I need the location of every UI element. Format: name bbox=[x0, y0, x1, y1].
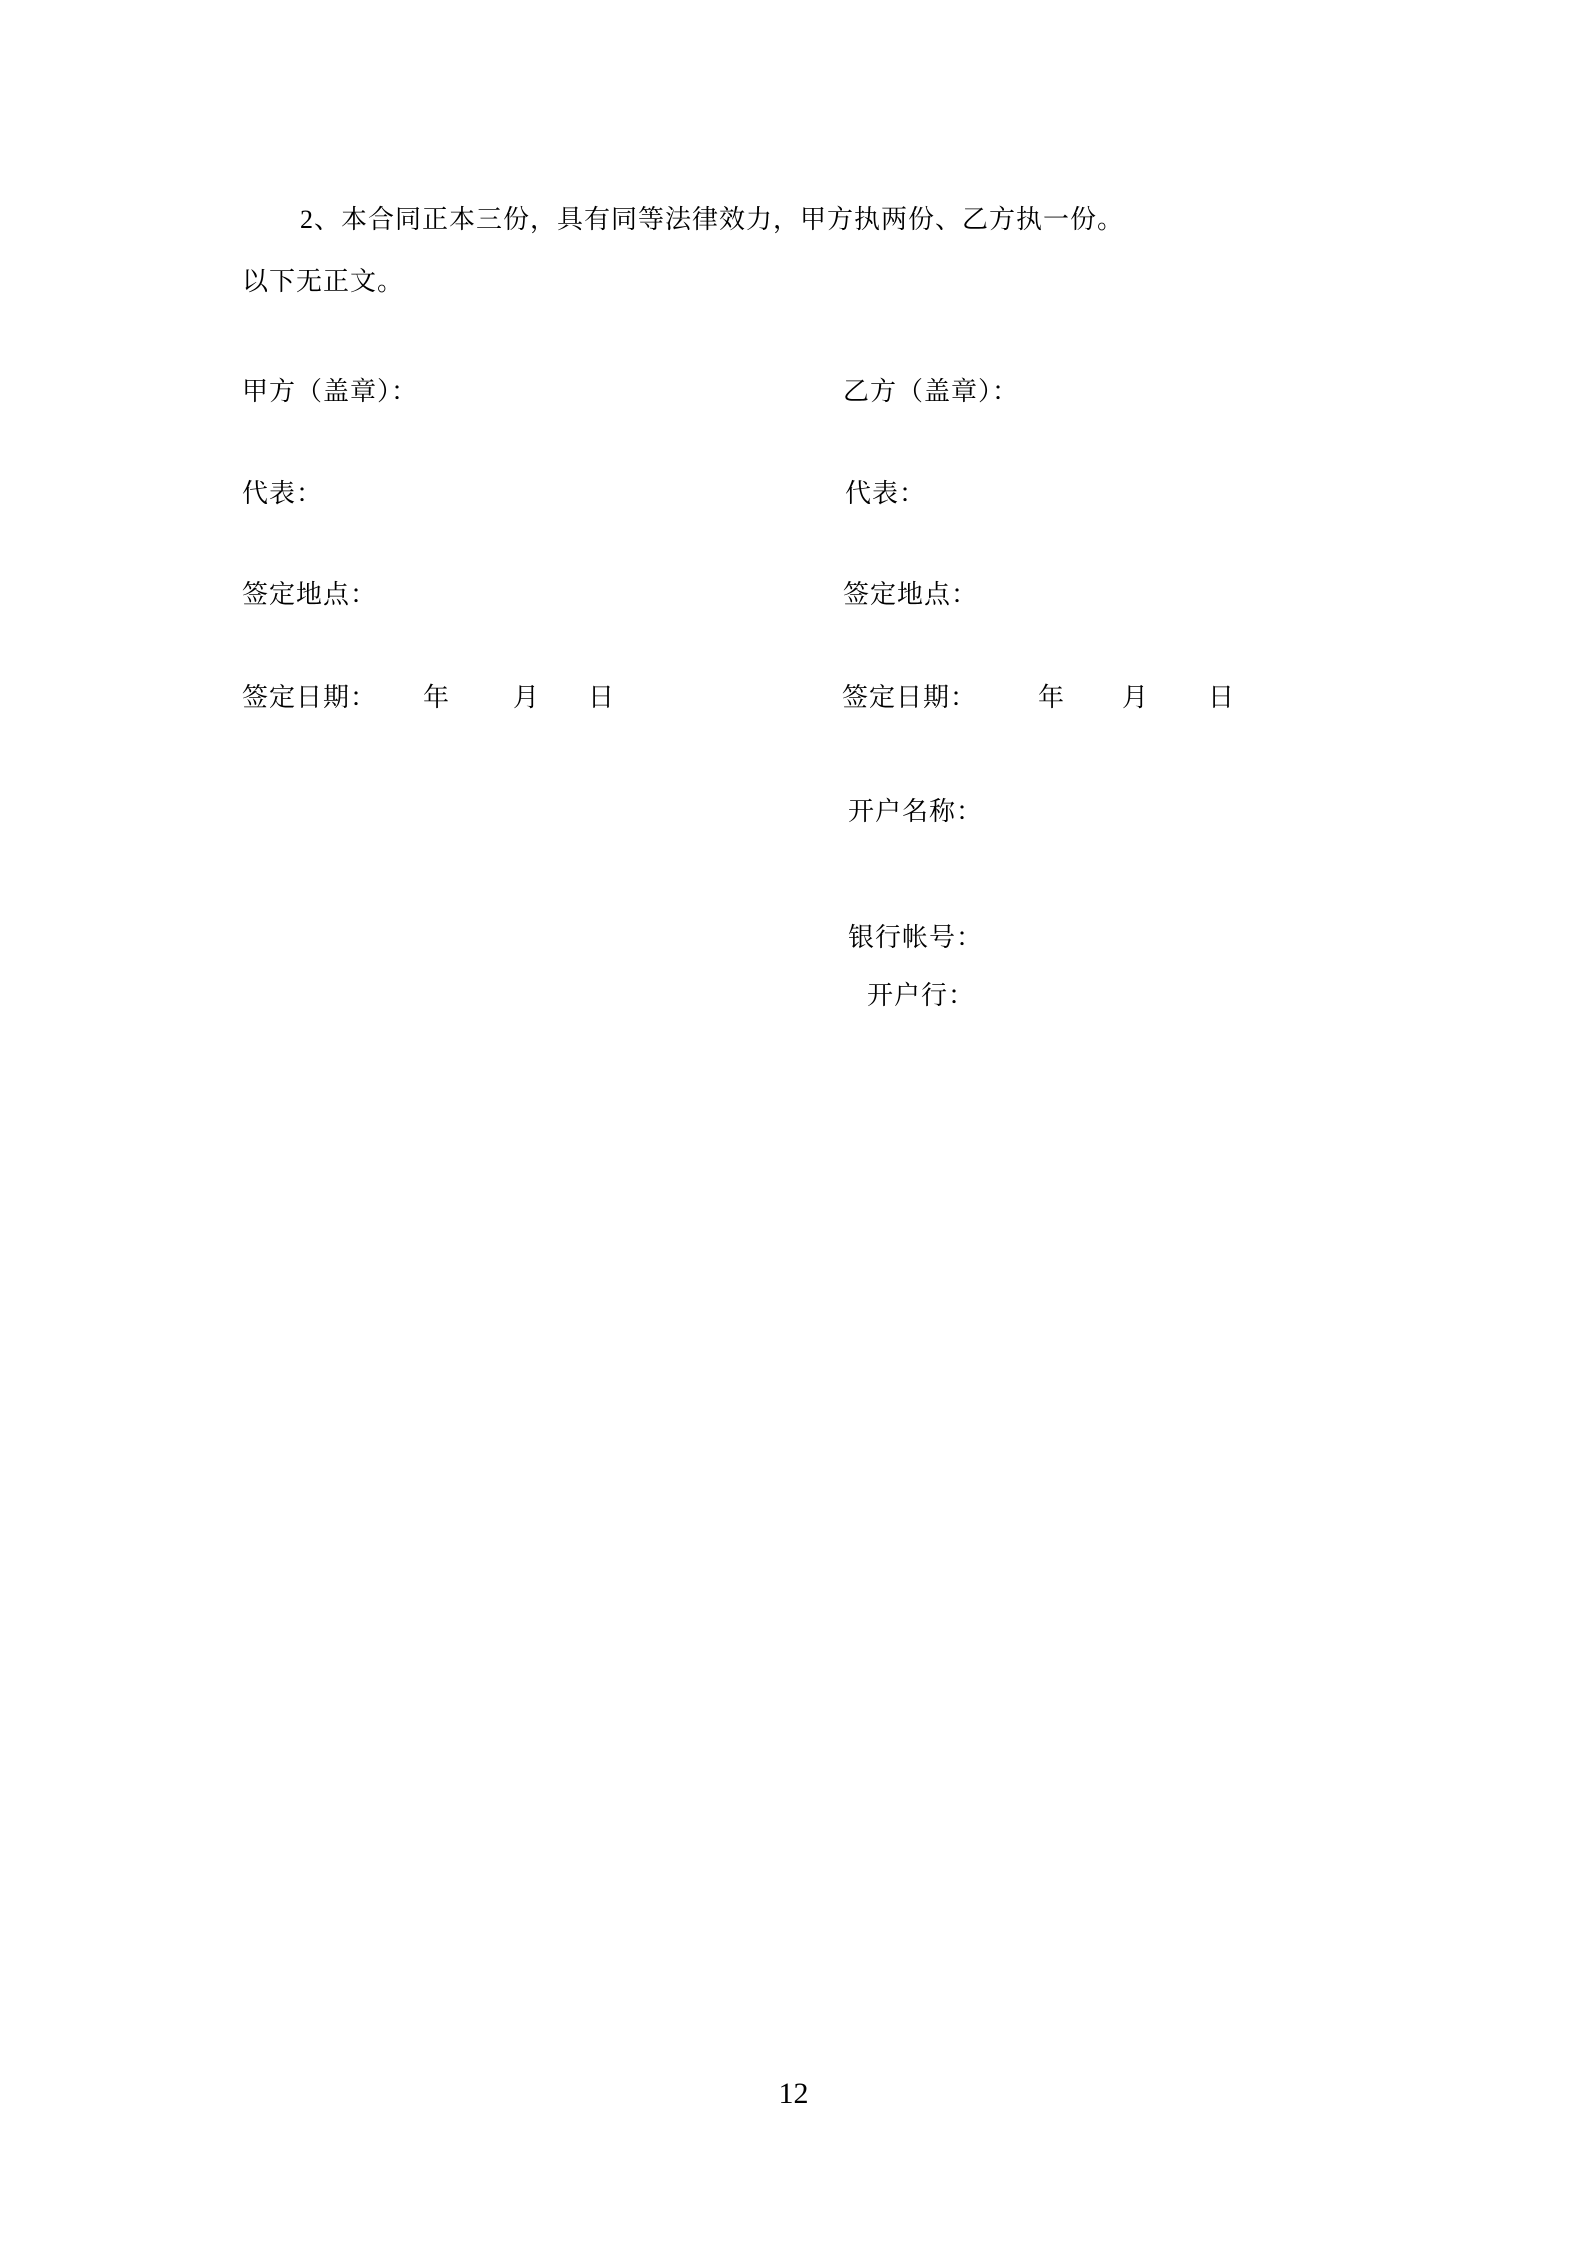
party-b-account-name-label: 开户名称： bbox=[848, 797, 983, 827]
party-a-sign-date-row: 签定日期： 年 月 日 bbox=[242, 683, 662, 713]
party-a-representative-label: 代表： bbox=[242, 479, 323, 509]
party-b-sign-date-label: 签定日期： bbox=[842, 683, 977, 712]
closing-clause-text: 2、本合同正本三份，具有同等法律效力，甲方执两份、乙方执一份。 bbox=[300, 205, 1124, 235]
party-a-year-label: 年 bbox=[423, 683, 450, 713]
party-b-year-label: 年 bbox=[1038, 683, 1065, 713]
page-number: 12 bbox=[0, 2079, 1587, 2109]
document-page: 2、本合同正本三份，具有同等法律效力，甲方执两份、乙方执一份。 以下无正文。 甲… bbox=[0, 0, 1587, 2245]
party-b-sign-date-row: 签定日期： 年 月 日 bbox=[842, 683, 1292, 713]
party-a-sign-date-label: 签定日期： bbox=[242, 683, 377, 712]
party-b-sign-place-label: 签定地点： bbox=[843, 580, 978, 610]
party-b-month-label: 月 bbox=[1122, 683, 1149, 713]
party-a-sign-place-label: 签定地点： bbox=[242, 580, 377, 610]
party-b-seal-label: 乙方（盖章）： bbox=[843, 377, 1019, 407]
party-a-day-label: 日 bbox=[588, 683, 615, 713]
party-b-day-label: 日 bbox=[1208, 683, 1235, 713]
no-more-text-line: 以下无正文。 bbox=[242, 267, 404, 297]
party-a-month-label: 月 bbox=[513, 683, 540, 713]
party-b-bank-account-label: 银行帐号： bbox=[848, 923, 983, 953]
party-a-seal-label: 甲方（盖章）： bbox=[242, 377, 418, 407]
party-b-representative-label: 代表： bbox=[845, 479, 926, 509]
party-b-bank-branch-label: 开户行： bbox=[867, 981, 975, 1011]
